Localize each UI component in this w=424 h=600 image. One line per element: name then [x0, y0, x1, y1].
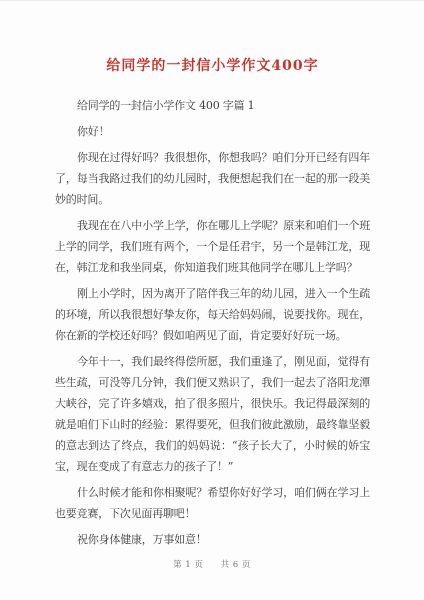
greeting-line: 你好！ [55, 121, 370, 142]
closing-line: 祝你身体健康，万事如意！ [55, 529, 370, 550]
essay-paragraph: 我现在在八中小学上学，你在哪儿上学呢？原来和咱们一个班上学的同学，我们班有两个，… [55, 215, 370, 278]
total-pages-label: 共 6 页 [221, 560, 251, 570]
essay-paragraph: 今年十一，我们最终得偿所愿，我们重逢了，刚见面，觉得有些生疏，可没等几分钟，我们… [55, 351, 370, 477]
essay-paragraph: 你现在过得好吗？我很想你，你想我吗？咱们分开已经有四年了，每当我路过我们的幼儿园… [55, 147, 370, 210]
essay-paragraph: 刚上小学时，因为离开了陪伴我三年的幼儿园，进入一个生疏的环境，所以我很想好挚友你… [55, 283, 370, 346]
essay-subtitle: 给同学的一封信小学作文 400 字篇 1 [55, 95, 370, 116]
document-page: 给同学的一封信小学作文400字 给同学的一封信小学作文 400 字篇 1 你好！… [0, 0, 424, 600]
page-number-label: 第 1 页 [173, 560, 203, 570]
page-footer: 第 1 页 共 6 页 [0, 558, 424, 570]
essay-title: 给同学的一封信小学作文400字 [55, 55, 370, 75]
essay-paragraph: 什么时候才能和你相聚呢？希望你好好学习，咱们俩在学习上也要竞赛，下次见面再聊吧！ [55, 482, 370, 524]
